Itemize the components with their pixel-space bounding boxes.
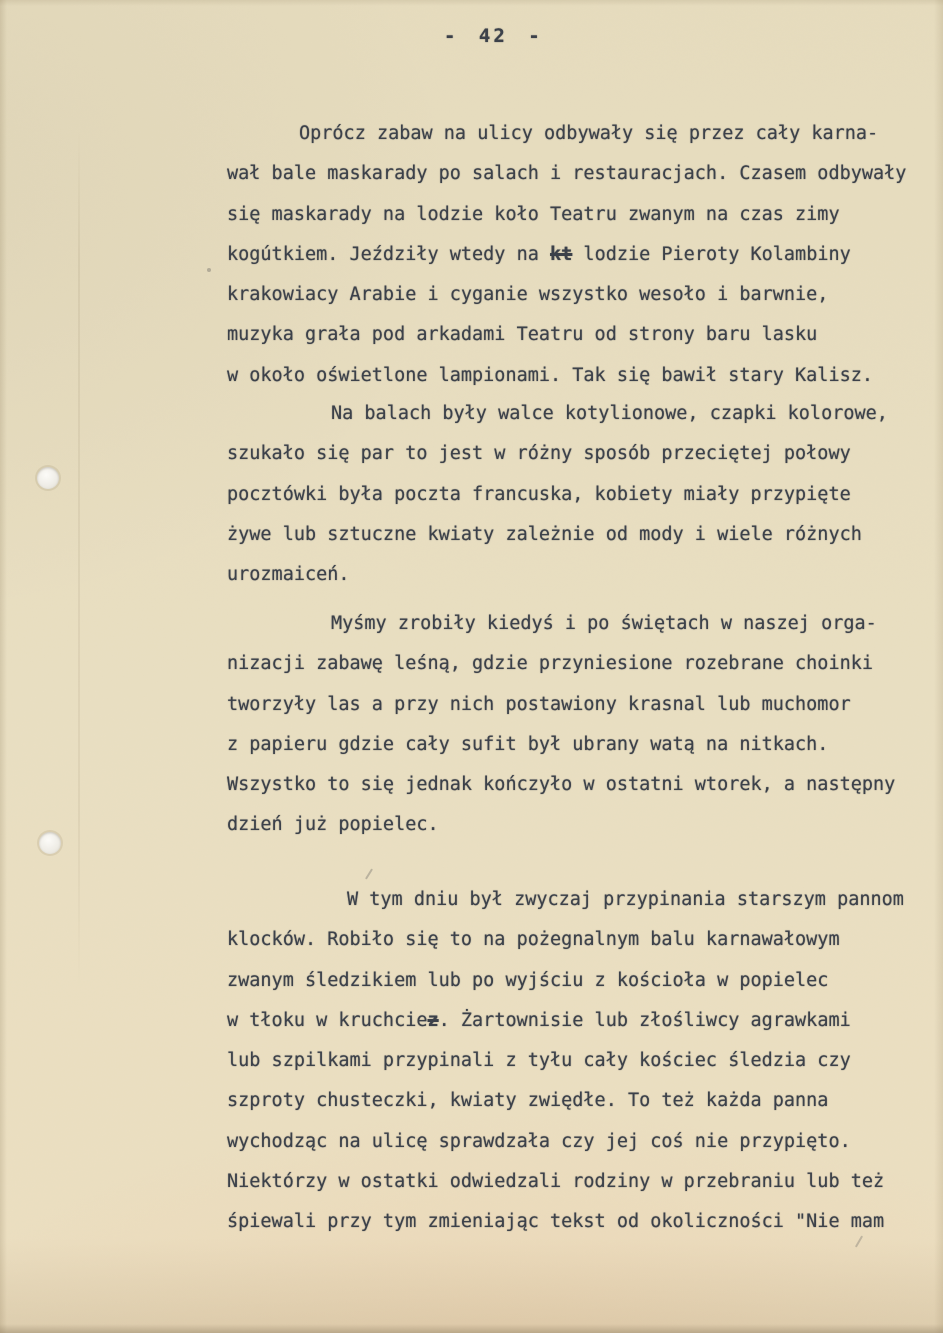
line-text: Niektórzy w ostatki odwiedzali rodziny w… bbox=[227, 1171, 884, 1192]
line-text: krakowiacy Arabie i cyganie wszystko wes… bbox=[227, 284, 828, 305]
text-line: kogútkiem. Jeździły wtedy na kt lodzie P… bbox=[227, 235, 939, 275]
punch-hole-top bbox=[37, 467, 59, 489]
line-text: zwanym śledzikiem lub po wyjściu z kości… bbox=[227, 970, 828, 991]
text-line: szproty chusteczki, kwiaty zwiędłe. To t… bbox=[227, 1081, 939, 1121]
text-line: Wszystko to się jednak kończyło w ostatn… bbox=[227, 765, 939, 805]
struck-text: z bbox=[427, 1010, 438, 1031]
line-text: wychodząc na ulicę sprawdzała czy jej co… bbox=[227, 1131, 851, 1152]
line-text: wał bale maskarady po salach i restaurac… bbox=[227, 163, 906, 184]
text-line: Oprócz zabaw na ulicy odbywały się przez… bbox=[227, 114, 939, 154]
scanned-document: { "page": { "number_label": "- 42 -", "i… bbox=[0, 0, 943, 1333]
text-line: dzień już popielec. bbox=[227, 805, 939, 845]
line-text: z papieru gdzie cały sufit był ubrany wa… bbox=[227, 734, 828, 755]
line-text: kogútkiem. Jeździły wtedy na bbox=[227, 244, 550, 265]
paper-speck bbox=[207, 268, 211, 272]
struck-text: kt bbox=[550, 244, 572, 265]
line-text: w tłoku w kruchcie bbox=[227, 1010, 427, 1031]
text-line: tworzyły las a przy nich postawiony kras… bbox=[227, 685, 939, 725]
text-line: Myśmy zrobiły kiedyś i po świętach w nas… bbox=[227, 604, 939, 644]
text-line: pocztówki była poczta francuska, kobiety… bbox=[227, 475, 939, 515]
line-text: W tym dniu był zwyczaj przypinania stars… bbox=[347, 889, 904, 910]
text-line: klocków. Robiło się to na pożegnalnym ba… bbox=[227, 920, 939, 960]
line-text: lodzie Pieroty Kolambiny bbox=[572, 244, 850, 265]
text-line: żywe lub sztuczne kwiaty zależnie od mod… bbox=[227, 515, 939, 555]
text-line: w tłoku w kruchciez. Żartownisie lub zło… bbox=[227, 1001, 939, 1041]
text-line: wychodząc na ulicę sprawdzała czy jej co… bbox=[227, 1122, 939, 1162]
paragraph-1: Oprócz zabaw na ulicy odbywały się przez… bbox=[227, 114, 939, 396]
text-line: W tym dniu był zwyczaj przypinania stars… bbox=[227, 880, 939, 920]
page-number: - 42 - bbox=[444, 25, 543, 47]
text-line: wał bale maskarady po salach i restaurac… bbox=[227, 154, 939, 194]
line-text: śpiewali przy tym zmieniając tekst od ok… bbox=[227, 1211, 884, 1232]
text-line: Na balach były walce kotylionowe, czapki… bbox=[227, 394, 939, 434]
text-line: się maskarady na lodzie koło Teatru zwan… bbox=[227, 195, 939, 235]
paragraph-2: Na balach były walce kotylionowe, czapki… bbox=[227, 394, 939, 595]
line-text: muzyka grała pod arkadami Teatru od stro… bbox=[227, 324, 817, 345]
line-text: Wszystko to się jednak kończyło w ostatn… bbox=[227, 774, 895, 795]
line-text: Myśmy zrobiły kiedyś i po świętach w nas… bbox=[331, 613, 877, 634]
line-text: klocków. Robiło się to na pożegnalnym ba… bbox=[227, 929, 840, 950]
line-text: żywe lub sztuczne kwiaty zależnie od mod… bbox=[227, 524, 862, 545]
text-line: Niektórzy w ostatki odwiedzali rodziny w… bbox=[227, 1162, 939, 1202]
text-line: szukało się par to jest w różny sposób p… bbox=[227, 434, 939, 474]
document-page: - 42 - Oprócz zabaw na ulicy odbywały si… bbox=[0, 0, 943, 1333]
text-line: z papieru gdzie cały sufit był ubrany wa… bbox=[227, 725, 939, 765]
text-line: nizacji zabawę leśną, gdzie przyniesione… bbox=[227, 644, 939, 684]
text-line: w około oświetlone lampionami. Tak się b… bbox=[227, 356, 939, 396]
paragraph-3: Myśmy zrobiły kiedyś i po świętach w nas… bbox=[227, 604, 939, 846]
paper-crease bbox=[78, 130, 80, 990]
text-line: śpiewali przy tym zmieniając tekst od ok… bbox=[227, 1202, 939, 1242]
line-text: nizacji zabawę leśną, gdzie przyniesione… bbox=[227, 653, 873, 674]
text-line: zwanym śledzikiem lub po wyjściu z kości… bbox=[227, 961, 939, 1001]
line-text: szproty chusteczki, kwiaty zwiędłe. To t… bbox=[227, 1090, 828, 1111]
line-text: się maskarady na lodzie koło Teatru zwan… bbox=[227, 204, 840, 225]
stray-pen-mark bbox=[365, 868, 373, 879]
line-text: w około oświetlone lampionami. Tak się b… bbox=[227, 365, 873, 386]
line-text: Oprócz zabaw na ulicy odbywały się przez… bbox=[299, 123, 878, 144]
line-text: pocztówki była poczta francuska, kobiety… bbox=[227, 484, 851, 505]
line-text: dzień już popielec. bbox=[227, 814, 439, 835]
line-text: urozmaiceń. bbox=[227, 564, 350, 585]
text-line: muzyka grała pod arkadami Teatru od stro… bbox=[227, 315, 939, 355]
line-text: tworzyły las a przy nich postawiony kras… bbox=[227, 694, 851, 715]
line-text: lub szpilkami przypinali z tyłu cały koś… bbox=[227, 1050, 851, 1071]
paragraph-4: W tym dniu był zwyczaj przypinania stars… bbox=[227, 880, 939, 1243]
line-text: . Żartownisie lub złośliwcy agrawkami bbox=[439, 1010, 851, 1031]
line-text: szukało się par to jest w różny sposób p… bbox=[227, 443, 851, 464]
line-text: Na balach były walce kotylionowe, czapki… bbox=[331, 403, 888, 424]
text-line: lub szpilkami przypinali z tyłu cały koś… bbox=[227, 1041, 939, 1081]
text-line: krakowiacy Arabie i cyganie wszystko wes… bbox=[227, 275, 939, 315]
punch-hole-bottom bbox=[39, 832, 61, 854]
text-line: urozmaiceń. bbox=[227, 555, 939, 595]
